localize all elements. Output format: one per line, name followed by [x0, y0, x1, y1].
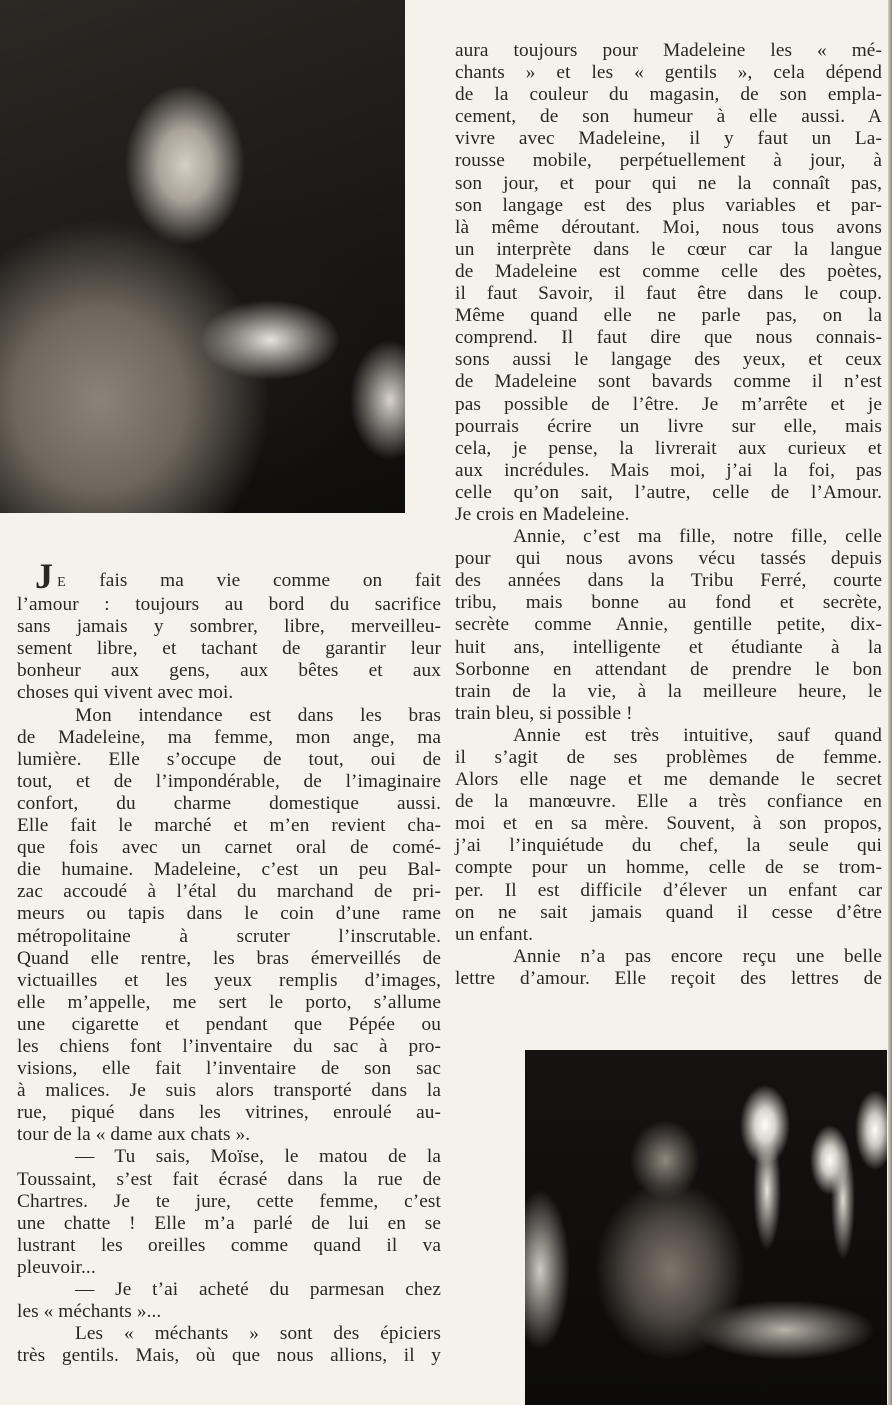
- page-edge: [888, 0, 892, 1405]
- text-line: une chatte ! Elle m’a parlé de lui en se: [17, 1213, 441, 1235]
- text-line: — Je t’ai acheté du parmesan chez: [17, 1279, 441, 1301]
- text-line: son langage est des plus variables et pa…: [455, 195, 882, 217]
- text-line: pleuvoir...: [17, 1257, 441, 1279]
- text-line: train bleu, si possible !: [455, 703, 882, 725]
- text-line: de la manœuvre. Elle a très confiance en: [455, 791, 882, 813]
- text-line: Annie n’a pas encore reçu une belle: [455, 946, 882, 968]
- text-line: de Madeleine, ma femme, mon ange, ma: [17, 727, 441, 749]
- text-line: per. Il est difficile d’élever un enfant…: [455, 880, 882, 902]
- text-line: die humaine. Madeleine, c’est un peu Bal…: [17, 859, 441, 881]
- text-line: métropolitaine à scruter l’inscrutable.: [17, 926, 441, 948]
- text-line: elle m’appelle, me sert le porto, s’allu…: [17, 992, 441, 1014]
- text-line: celle qu’on sait, l’autre, celle de l’Am…: [455, 482, 882, 504]
- text-line: un enfant.: [455, 924, 882, 946]
- text-line: lettre d’amour. Elle reçoit des lettres …: [455, 968, 882, 990]
- text-line: sans jamais y sombrer, libre, merveilleu…: [17, 616, 441, 638]
- text-line: pas possible de l’être. Je m’arrête et j…: [455, 394, 882, 416]
- text-line: tour de la « dame aux chats ».: [17, 1124, 441, 1146]
- text-line: une cigarette et pendant que Pépée ou: [17, 1014, 441, 1036]
- text-line: des années dans la Tribu Ferré, courte: [455, 570, 882, 592]
- text-line: très gentils. Mais, où que nous allions,…: [17, 1345, 441, 1367]
- text-line: confort, du charme domestique aussi.: [17, 793, 441, 815]
- text-line: moi et en sa mère. Souvent, à son propos…: [455, 813, 882, 835]
- text-line: on ne sait jamais quand il cesse d’être: [455, 902, 882, 924]
- text-line: Toussaint, s’est fait écrasé dans la rue…: [17, 1169, 441, 1191]
- text-line: choses qui vivent avec moi.: [17, 682, 441, 704]
- text-line: lustrant les oreilles comme quand il va: [17, 1235, 441, 1257]
- text-line: Chartres. Je te jure, cette femme, c’est: [17, 1191, 441, 1213]
- text-line: Quand elle rentre, les bras émerveillés …: [17, 948, 441, 970]
- text-line: cement, de son humeur à elle aussi. A: [455, 106, 882, 128]
- text-line: tout, et de l’impondérable, de l’imagina…: [17, 771, 441, 793]
- left-text-column: JE fais ma vie comme on fait l’amour : t…: [17, 566, 441, 1367]
- text-line: aux incrédules. Mais moi, j’ai la foi, p…: [455, 460, 882, 482]
- text-line: un interprète dans le cœur car la langue: [455, 239, 882, 261]
- text-line: pourrais écrire un livre sur elle, mais: [455, 416, 882, 438]
- text-line: lumière. Elle s’occupe de tout, oui de: [17, 749, 441, 771]
- text-line: il s’agit de ses problèmes de femme.: [455, 747, 882, 769]
- text-line: de Madeleine est comme celle des poètes,: [455, 261, 882, 283]
- text-line: l’amour : toujours au bord du sacrifice: [17, 594, 441, 616]
- text-line: les « méchants »...: [17, 1301, 441, 1323]
- text-line: Sorbonne en attendant de prendre le bon: [455, 659, 882, 681]
- photo-man-at-organ: Black-and-white photo of a man playing a…: [525, 1050, 887, 1405]
- text-line: vivre avec Madeleine, il y faut un La-: [455, 128, 882, 150]
- right-text-column: aura toujours pour Madeleine les « mé- c…: [455, 40, 882, 990]
- text-line: Même quand elle ne parle pas, on la: [455, 305, 882, 327]
- text-line: bonheur aux gens, aux bêtes et aux: [17, 660, 441, 682]
- text-line: sons aussi le langage des yeux, et ceux: [455, 349, 882, 371]
- text-line: rue, piqué dans les vitrines, enroulé au…: [17, 1102, 441, 1124]
- text-line: victuailles et les yeux remplis d’images…: [17, 970, 441, 992]
- text-line: Annie est très intuitive, sauf quand: [455, 725, 882, 747]
- text-line: JE fais ma vie comme on fait: [17, 566, 441, 594]
- text-line: aura toujours pour Madeleine les « mé-: [455, 40, 882, 62]
- text-line: huit ans, intelligente et étudiante à la: [455, 637, 882, 659]
- text-line: — Tu sais, Moïse, le matou de la: [17, 1146, 441, 1168]
- text-line: de Madeleine sont bavards comme il n’est: [455, 371, 882, 393]
- text-line: que fois avec un carnet oral de comé-: [17, 837, 441, 859]
- photo-man-with-chimpanzee: Black-and-white photo of a man in a tren…: [0, 0, 405, 513]
- text-line: meurs ou tapis dans le coin d’une rame: [17, 903, 441, 925]
- text-line: il faut Savoir, il faut être dans le cou…: [455, 283, 882, 305]
- text-line: pour qui nous avons vécu tassés depuis: [455, 548, 882, 570]
- text-line: tribu, mais bonne au fond et secrète,: [455, 592, 882, 614]
- text-line: compte pour un homme, celle de se trom-: [455, 857, 882, 879]
- text-line: Annie, c’est ma fille, notre fille, cell…: [455, 526, 882, 548]
- drop-cap: J: [35, 556, 53, 596]
- text-line: Mon intendance est dans les bras: [17, 705, 441, 727]
- text-line: sement libre, et tachant de garantir leu…: [17, 638, 441, 660]
- text-line: de la couleur du magasin, de son empla-: [455, 84, 882, 106]
- text-line: secrète comme Annie, gentille petite, di…: [455, 614, 882, 636]
- text-line: j’ai l’inquiétude du chef, la seule qui: [455, 835, 882, 857]
- text-line: cela, je pense, la livrerait aux curieux…: [455, 438, 882, 460]
- text-line: Les « méchants » sont des épiciers: [17, 1323, 441, 1345]
- text-line: chants » et les « gentils », cela dépend: [455, 62, 882, 84]
- text-line: rousse mobile, perpétuellement à jour, à: [455, 150, 882, 172]
- text-line: Elle fait le marché et m’en revient cha-: [17, 815, 441, 837]
- text-line: les chiens font l’inventaire du sac à pr…: [17, 1036, 441, 1058]
- text-line: zac accoudé à l’étal du marchand de pri-: [17, 881, 441, 903]
- text-line: à malices. Je suis alors transporté dans…: [17, 1080, 441, 1102]
- text-line: Alors elle nage et me demande le secret: [455, 769, 882, 791]
- text-line: train de la vie, à la meilleure heure, l…: [455, 681, 882, 703]
- text-line: Je crois en Madeleine.: [455, 504, 882, 526]
- text-line: son jour, et pour qui ne la connaît pas,: [455, 173, 882, 195]
- text-line: là même déroutant. Moi, nous tous avons: [455, 217, 882, 239]
- text-line: comprend. Il faut dire que nous connais-: [455, 327, 882, 349]
- text-line: visions, elle fait l’inventaire de son s…: [17, 1058, 441, 1080]
